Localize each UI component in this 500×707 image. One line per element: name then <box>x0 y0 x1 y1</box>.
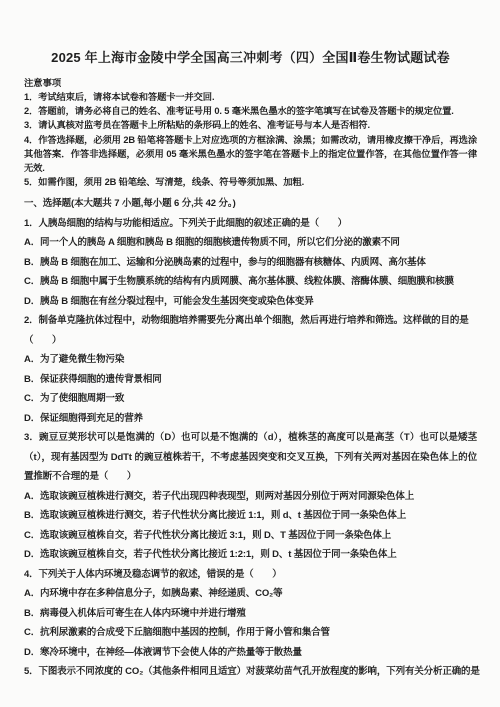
question-option: D．选取该豌豆植株自交，若子代性状分离比接近 1:2:1，则 D、t 基因位于同… <box>24 545 477 565</box>
question-stem: 2．制备单克隆抗体过程中，动物细胞培养需要先分离出单个细胞，然后再进行培养和筛选… <box>24 311 477 331</box>
question-option: B．保证获得细胞的遗传背景相同 <box>24 370 477 390</box>
question-3: 3．豌豆豆荚形状可以是饱满的（D）也可以是不饱满的（d），植株茎的高度可以是高茎… <box>24 428 477 565</box>
question-option: D．保证细胞得到充足的营养 <box>24 409 477 429</box>
question-option: A．选取该豌豆植株进行测交，若子代出现四种表现型，则两对基因分别位于两对同源染色… <box>24 487 477 507</box>
section-heading: 一、选择题(本大题共 7 小题,每小题 6 分,共 42 分。) <box>24 194 477 214</box>
question-option: A．同一个人的胰岛 A 细胞和胰岛 B 细胞的细胞核遗传物质不同，所以它们分泌的… <box>24 233 477 253</box>
question-5: 5．下图表示不同浓度的 CO₂（其他条件相同且适宜）对菠菜幼苗气孔开放程度的影响… <box>24 662 477 682</box>
question-option: C．为了使细胞周期一致 <box>24 389 477 409</box>
notice-item: 4．作答选择题，必须用 2B 铅笔将答题卡上对应选项的方框涂满、涂黑；如需改动，… <box>24 133 477 176</box>
question-2: 2．制备单克隆抗体过程中，动物细胞培养需要先分离出单个细胞，然后再进行培养和筛选… <box>24 311 477 428</box>
question-stem: 5．下图表示不同浓度的 CO₂（其他条件相同且适宜）对菠菜幼苗气孔开放程度的影响… <box>24 662 477 682</box>
question-stem: 1．人胰岛细胞的结构与功能相适应。下列关于此细胞的叙述正确的是（ ） <box>24 214 477 234</box>
question-option: B．胰岛 B 细胞在加工、运输和分泌胰岛素的过程中，参与的细胞器有核糖体、内质网… <box>24 253 477 273</box>
question-option: C．胰岛 B 细胞中属于生物膜系统的结构有内质网膜、高尔基体膜、线粒体膜、溶酶体… <box>24 272 477 292</box>
notice-item: 1．考试结束后，请将本试卷和答题卡一并交回. <box>24 90 477 104</box>
question-1: 1．人胰岛细胞的结构与功能相适应。下列关于此细胞的叙述正确的是（ ） A．同一个… <box>24 214 477 312</box>
notice-heading: 注意事项 <box>24 77 477 90</box>
notice-section: 注意事项 1．考试结束后，请将本试卷和答题卡一并交回. 2．答题前，请务必将自己… <box>24 77 477 189</box>
question-option: B．选取该豌豆植株进行测交，若子代性状分离比接近 1:1，则 d、t 基因位于同… <box>24 506 477 526</box>
notice-item: 2．答题前，请务必将自己的姓名、准考证号用 0. 5 毫米黑色墨水的签字笔填写在… <box>24 104 477 118</box>
question-stem: 3．豌豆豆荚形状可以是饱满的（D）也可以是不饱满的（d），植株茎的高度可以是高茎… <box>24 428 477 487</box>
exam-paper-page: 2025 年上海市金陵中学全国高三冲刺考（四）全国Ⅱ卷生物试题试卷 注意事项 1… <box>0 0 500 707</box>
notice-item: 3．请认真核对监考员在答题卡上所粘贴的条形码上的姓名、准考证号与本人是否相符. <box>24 118 477 132</box>
document-title: 2025 年上海市金陵中学全国高三冲刺考（四）全国Ⅱ卷生物试题试卷 <box>24 49 477 66</box>
question-option: D．寒冷环境中，在神经—体液调节下会使人体的产热量等于散热量 <box>24 643 477 663</box>
question-option: D．胰岛 B 细胞在有丝分裂过程中，可能会发生基因突变或染色体变异 <box>24 292 477 312</box>
question-option: C．抗利尿激素的合成受下丘脑细胞中基因的控制，作用于肾小管和集合管 <box>24 623 477 643</box>
question-stem: 4．下列关于人体内环境及稳态调节的叙述，错误的是（ ） <box>24 565 477 585</box>
question-option: B．病毒侵入机体后可寄生在人体内环境中并进行增殖 <box>24 604 477 624</box>
question-option: A．为了避免微生物污染 <box>24 350 477 370</box>
question-option: A．内环境中存在多种信息分子，如胰岛素、神经递质、CO₂等 <box>24 584 477 604</box>
questions-section: 一、选择题(本大题共 7 小题,每小题 6 分,共 42 分。) 1．人胰岛细胞… <box>24 194 477 682</box>
question-stem-continued: （ ） <box>24 331 477 351</box>
question-option: C．选取该豌豆植株自交，若子代性状分离比接近 3:1，则 D、T 基因位于同一条… <box>24 526 477 546</box>
notice-item: 5．如需作图，须用 2B 铅笔绘、写清楚，线条、符号等须加黑、加粗. <box>24 175 477 189</box>
question-4: 4．下列关于人体内环境及稳态调节的叙述，错误的是（ ） A．内环境中存在多种信息… <box>24 565 477 663</box>
